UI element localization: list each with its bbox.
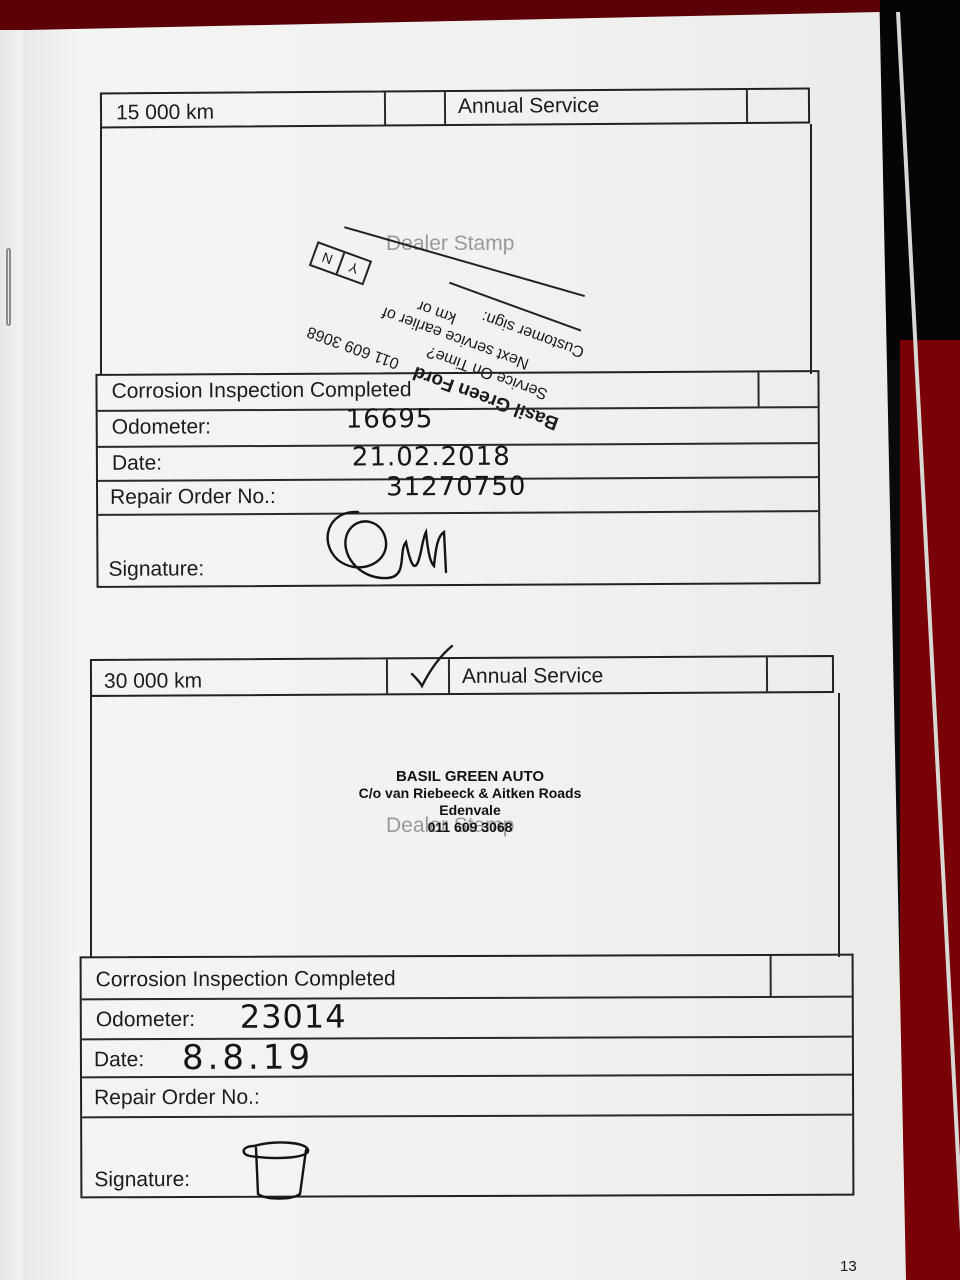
odometer-value: 16695	[346, 404, 434, 434]
staple-icon	[6, 248, 11, 326]
service-entry-30000: 30 000 km Annual Service	[90, 655, 834, 697]
corrosion-checkbox[interactable]	[757, 372, 759, 406]
previous-page-edge	[0, 30, 30, 1280]
corrosion-label: Corrosion Inspection Completed	[96, 967, 396, 992]
dealer-stamp-basil-green-auto: BASIL GREEN AUTO C/o van Riebeeck & Aitk…	[340, 768, 600, 836]
date-value: 8.8.19	[182, 1038, 314, 1078]
repair-order-label: Repair Order No.:	[110, 485, 276, 510]
corrosion-label: Corrosion Inspection Completed	[111, 378, 411, 404]
interval-label: 30 000 km	[104, 669, 202, 694]
service-entry-15000: 15 000 km Annual Service	[100, 88, 810, 129]
date-label: Date:	[94, 1048, 144, 1072]
checkmark-icon	[408, 644, 454, 690]
stamp-phone: 011 609 3068	[340, 819, 600, 836]
date-value: 21.02.2018	[352, 442, 511, 473]
background-right-dark	[880, 0, 960, 360]
date-label: Date:	[112, 452, 162, 476]
signature-label: Signature:	[108, 557, 204, 582]
background-right-red	[900, 340, 960, 1280]
odometer-label: Odometer:	[96, 1008, 195, 1032]
service-on-time-yn: Y N	[309, 241, 372, 285]
details-15000: Corrosion Inspection Completed Odometer:…	[95, 370, 820, 588]
service-type-label: Annual Service	[458, 94, 599, 119]
service-type-label: Annual Service	[462, 664, 603, 689]
stamp-dealer-phone: 011 609 3068	[305, 322, 402, 372]
signature-mark	[236, 1138, 316, 1204]
corrosion-checkbox[interactable]	[770, 956, 772, 996]
interval-label: 15 000 km	[116, 101, 214, 126]
signature-label: Signature:	[94, 1168, 190, 1192]
page-number: 13	[840, 1258, 857, 1275]
service-type-checkbox[interactable]	[746, 90, 748, 122]
stamp-address: C/o van Riebeeck & Aitken Roads	[340, 785, 600, 802]
odometer-value: 23014	[240, 997, 347, 1035]
signature-mark	[318, 502, 458, 586]
repair-order-label: Repair Order No.:	[94, 1086, 260, 1111]
stamp-city: Edenvale	[340, 802, 600, 819]
service-type-checkbox[interactable]	[766, 657, 768, 691]
repair-order-value: 31270750	[386, 472, 526, 503]
details-30000: Corrosion Inspection Completed Odometer:…	[80, 954, 855, 1199]
stamp-dealer-name: BASIL GREEN AUTO	[340, 768, 600, 785]
service-checkbox[interactable]	[386, 659, 388, 693]
odometer-label: Odometer:	[112, 415, 211, 440]
service-checkbox[interactable]	[384, 92, 386, 124]
